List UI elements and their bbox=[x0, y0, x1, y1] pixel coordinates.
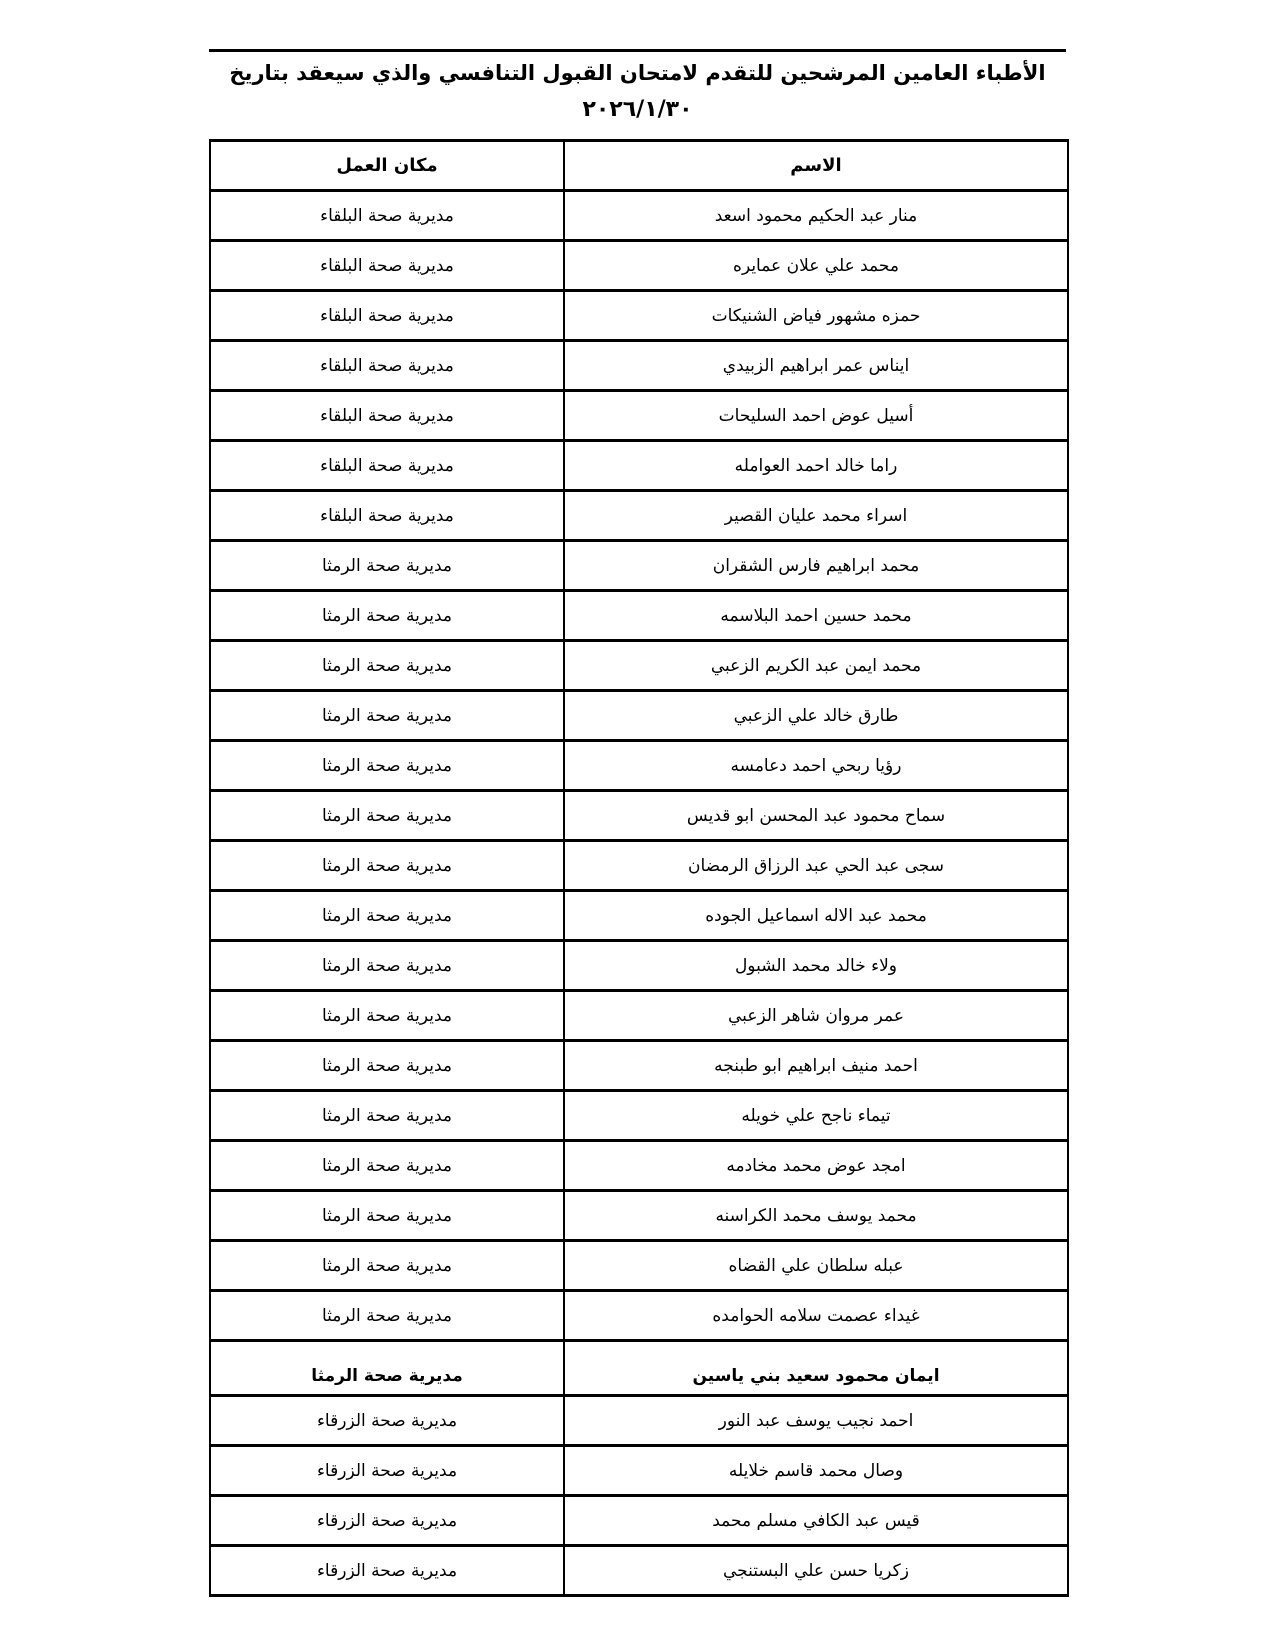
workplace-cell: مديرية صحة الرمثا bbox=[210, 541, 564, 591]
table-row: محمد حسين احمد البلاسمهمديرية صحة الرمثا bbox=[210, 591, 1068, 641]
name-cell: امجد عوض محمد مخادمه bbox=[564, 1141, 1068, 1191]
workplace-cell: مديرية صحة البلقاء bbox=[210, 191, 564, 241]
name-cell: قيس عبد الكافي مسلم محمد bbox=[564, 1496, 1068, 1546]
workplace-cell: مديرية صحة الرمثا bbox=[210, 1291, 564, 1341]
table-row: احمد منيف ابراهيم ابو طبنجهمديرية صحة ال… bbox=[210, 1041, 1068, 1091]
table-row: محمد ابراهيم فارس الشقرانمديرية صحة الرم… bbox=[210, 541, 1068, 591]
name-cell: تيماء ناجح علي خويله bbox=[564, 1091, 1068, 1141]
table-row: عبله سلطان علي القضاهمديرية صحة الرمثا bbox=[210, 1241, 1068, 1291]
name-cell: طارق خالد علي الزعبي bbox=[564, 691, 1068, 741]
name-cell: اسراء محمد عليان القصير bbox=[564, 491, 1068, 541]
workplace-cell: مديرية صحة الرمثا bbox=[210, 641, 564, 691]
name-cell: غيداء عصمت سلامه الحوامده bbox=[564, 1291, 1068, 1341]
table-row: ولاء خالد محمد الشبولمديرية صحة الرمثا bbox=[210, 941, 1068, 991]
table-row: امجد عوض محمد مخادمهمديرية صحة الرمثا bbox=[210, 1141, 1068, 1191]
name-cell: احمد منيف ابراهيم ابو طبنجه bbox=[564, 1041, 1068, 1091]
name-cell: ولاء خالد محمد الشبول bbox=[564, 941, 1068, 991]
name-cell: محمد حسين احمد البلاسمه bbox=[564, 591, 1068, 641]
table-row: رؤيا ربحي احمد دعامسهمديرية صحة الرمثا bbox=[210, 741, 1068, 791]
workplace-cell: مديرية صحة الزرقاء bbox=[210, 1496, 564, 1546]
table-row: منار عبد الحكيم محمود اسعدمديرية صحة الب… bbox=[210, 191, 1068, 241]
workplace-cell: مديرية صحة الزرقاء bbox=[210, 1446, 564, 1496]
workplace-cell: مديرية صحة الرمثا bbox=[210, 1341, 564, 1396]
table-row: تيماء ناجح علي خويلهمديرية صحة الرمثا bbox=[210, 1091, 1068, 1141]
table-row: زكريا حسن علي البستنجيمديرية صحة الزرقاء bbox=[210, 1546, 1068, 1596]
table-row: محمد يوسف محمد الكراسنهمديرية صحة الرمثا bbox=[210, 1191, 1068, 1241]
table-row: غيداء عصمت سلامه الحوامدهمديرية صحة الرم… bbox=[210, 1291, 1068, 1341]
workplace-cell: مديرية صحة البلقاء bbox=[210, 441, 564, 491]
workplace-cell: مديرية صحة الرمثا bbox=[210, 891, 564, 941]
table-row: راما خالد احمد العواملهمديرية صحة البلقا… bbox=[210, 441, 1068, 491]
table-row: محمد ايمن عبد الكريم الزعبيمديرية صحة ال… bbox=[210, 641, 1068, 691]
name-cell: عمر مروان شاهر الزعبي bbox=[564, 991, 1068, 1041]
workplace-cell: مديرية صحة البلقاء bbox=[210, 241, 564, 291]
table-row: قيس عبد الكافي مسلم محمدمديرية صحة الزرق… bbox=[210, 1496, 1068, 1546]
workplace-cell: مديرية صحة الرمثا bbox=[210, 841, 564, 891]
workplace-cell: مديرية صحة البلقاء bbox=[210, 391, 564, 441]
workplace-cell: مديرية صحة الرمثا bbox=[210, 1041, 564, 1091]
title-divider bbox=[209, 49, 1066, 52]
name-cell: وصال محمد قاسم خلايله bbox=[564, 1446, 1068, 1496]
name-cell: محمد علي علان عمايره bbox=[564, 241, 1068, 291]
header-row: الاسم مكان العمل bbox=[210, 141, 1068, 191]
name-cell: محمد ايمن عبد الكريم الزعبي bbox=[564, 641, 1068, 691]
table-row: محمد علي علان عمايرهمديرية صحة البلقاء bbox=[210, 241, 1068, 291]
table-row: حمزه مشهور فياض الشنيكاتمديرية صحة البلق… bbox=[210, 291, 1068, 341]
table-row: وصال محمد قاسم خلايلهمديرية صحة الزرقاء bbox=[210, 1446, 1068, 1496]
workplace-cell: مديرية صحة الرمثا bbox=[210, 591, 564, 641]
document-header: الأطباء العامين المرشحين للتقدم لامتحان … bbox=[209, 55, 1066, 128]
workplace-cell: مديرية صحة البلقاء bbox=[210, 341, 564, 391]
table-row: عمر مروان شاهر الزعبيمديرية صحة الرمثا bbox=[210, 991, 1068, 1041]
workplace-cell: مديرية صحة الرمثا bbox=[210, 1241, 564, 1291]
name-cell: محمد ابراهيم فارس الشقران bbox=[564, 541, 1068, 591]
exam-date: ٢٠٢٦/١/٣٠ bbox=[209, 92, 1066, 128]
candidates-table: الاسم مكان العمل منار عبد الحكيم محمود ا… bbox=[209, 139, 1069, 1597]
workplace-cell: مديرية صحة الرمثا bbox=[210, 741, 564, 791]
document-title: الأطباء العامين المرشحين للتقدم لامتحان … bbox=[209, 55, 1066, 92]
name-cell: احمد نجيب يوسف عبد النور bbox=[564, 1396, 1068, 1446]
table-row: احمد نجيب يوسف عبد النورمديرية صحة الزرق… bbox=[210, 1396, 1068, 1446]
name-cell: سماح محمود عبد المحسن ابو قديس bbox=[564, 791, 1068, 841]
name-cell: رؤيا ربحي احمد دعامسه bbox=[564, 741, 1068, 791]
table-row: أسيل عوض احمد السليحاتمديرية صحة البلقاء bbox=[210, 391, 1068, 441]
name-cell: زكريا حسن علي البستنجي bbox=[564, 1546, 1068, 1596]
workplace-cell: مديرية صحة البلقاء bbox=[210, 291, 564, 341]
workplace-cell: مديرية صحة الرمثا bbox=[210, 1191, 564, 1241]
table-row: ايناس عمر ابراهيم الزبيديمديرية صحة البل… bbox=[210, 341, 1068, 391]
column-header-name: الاسم bbox=[564, 141, 1068, 191]
table-row: ايمان محمود سعيد بني ياسينمديرية صحة الر… bbox=[210, 1341, 1068, 1396]
table-row: محمد عبد الاله اسماعيل الجودهمديرية صحة … bbox=[210, 891, 1068, 941]
workplace-cell: مديرية صحة الرمثا bbox=[210, 1091, 564, 1141]
name-cell: محمد يوسف محمد الكراسنه bbox=[564, 1191, 1068, 1241]
name-cell: ايناس عمر ابراهيم الزبيدي bbox=[564, 341, 1068, 391]
workplace-cell: مديرية صحة الرمثا bbox=[210, 1141, 564, 1191]
workplace-cell: مديرية صحة الزرقاء bbox=[210, 1396, 564, 1446]
name-cell: محمد عبد الاله اسماعيل الجوده bbox=[564, 891, 1068, 941]
workplace-cell: مديرية صحة الرمثا bbox=[210, 791, 564, 841]
workplace-cell: مديرية صحة الرمثا bbox=[210, 941, 564, 991]
name-cell: سجى عبد الحي عبد الرزاق الرمضان bbox=[564, 841, 1068, 891]
column-header-workplace: مكان العمل bbox=[210, 141, 564, 191]
workplace-cell: مديرية صحة البلقاء bbox=[210, 491, 564, 541]
table-row: طارق خالد علي الزعبيمديرية صحة الرمثا bbox=[210, 691, 1068, 741]
workplace-cell: مديرية صحة الزرقاء bbox=[210, 1546, 564, 1596]
table-row: سجى عبد الحي عبد الرزاق الرمضانمديرية صح… bbox=[210, 841, 1068, 891]
name-cell: ايمان محمود سعيد بني ياسين bbox=[564, 1341, 1068, 1396]
name-cell: راما خالد احمد العوامله bbox=[564, 441, 1068, 491]
table-row: اسراء محمد عليان القصيرمديرية صحة البلقا… bbox=[210, 491, 1068, 541]
workplace-cell: مديرية صحة الرمثا bbox=[210, 691, 564, 741]
name-cell: أسيل عوض احمد السليحات bbox=[564, 391, 1068, 441]
workplace-cell: مديرية صحة الرمثا bbox=[210, 991, 564, 1041]
table-row: سماح محمود عبد المحسن ابو قديسمديرية صحة… bbox=[210, 791, 1068, 841]
name-cell: عبله سلطان علي القضاه bbox=[564, 1241, 1068, 1291]
name-cell: حمزه مشهور فياض الشنيكات bbox=[564, 291, 1068, 341]
name-cell: منار عبد الحكيم محمود اسعد bbox=[564, 191, 1068, 241]
